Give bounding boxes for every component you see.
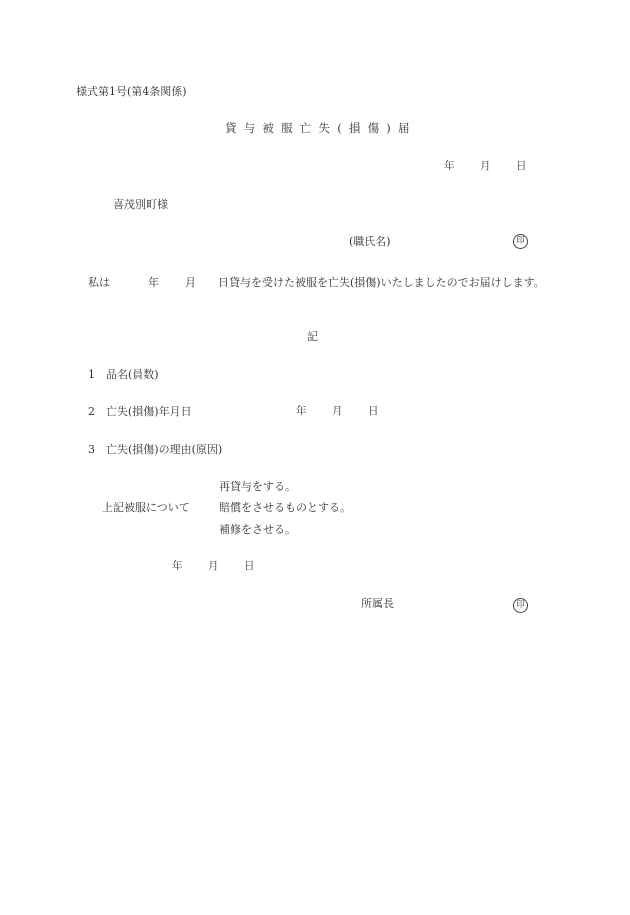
form-number: 様式第1号(第4条関係)	[76, 86, 187, 97]
date-top-day: 日	[516, 161, 527, 172]
item2-day: 日	[368, 406, 379, 417]
date-bottom-year: 年	[172, 561, 183, 572]
item-3: 3亡失(損傷)の理由(原因)	[88, 444, 222, 455]
supervisor-label: 所属長	[361, 598, 394, 609]
body-paragraph: 私は年月日貸与を受けた被服を亡失(損傷)いたしましたのでお届けします。	[76, 273, 556, 293]
decision-regarding: 上記被服について	[102, 502, 190, 513]
item-number: 2	[88, 406, 106, 417]
item-number: 3	[88, 444, 106, 455]
date-bottom-day: 日	[244, 561, 255, 572]
body-month: 月	[185, 276, 196, 289]
date-bottom-month: 月	[208, 561, 219, 572]
decision-option-compensate: 賠償をさせるものとする。	[219, 502, 351, 513]
item2-year: 年	[296, 406, 307, 417]
item-label: 品名(員数)	[106, 368, 159, 381]
decision-option-relend: 再貸与をする。	[219, 481, 296, 492]
body-text: 日貸与を受けた被服を亡失(損傷)いたしましたのでお届けします。	[218, 276, 545, 289]
item-label: 亡失(損傷)年月日	[106, 405, 192, 418]
item-number: 1	[88, 369, 106, 380]
item-label: 亡失(損傷)の理由(原因)	[106, 443, 222, 456]
item-1: 1品名(員数)	[88, 369, 159, 380]
item-2: 2亡失(損傷)年月日	[88, 406, 192, 417]
seal-icon: 印	[513, 234, 528, 249]
seal-icon: 印	[513, 598, 528, 613]
decision-option-repair: 補修をさせる。	[219, 524, 296, 535]
body-year: 年	[148, 276, 159, 289]
document-title: 貸与被服亡失(損傷)届	[225, 123, 417, 135]
addressee: 喜茂別町様	[113, 199, 168, 210]
name-label: (職氏名)	[349, 236, 391, 247]
item2-month: 月	[332, 406, 343, 417]
date-top-month: 月	[480, 161, 491, 172]
date-top-year: 年	[444, 161, 455, 172]
body-prefix: 私は	[88, 276, 110, 289]
ki-heading: 記	[307, 331, 318, 342]
